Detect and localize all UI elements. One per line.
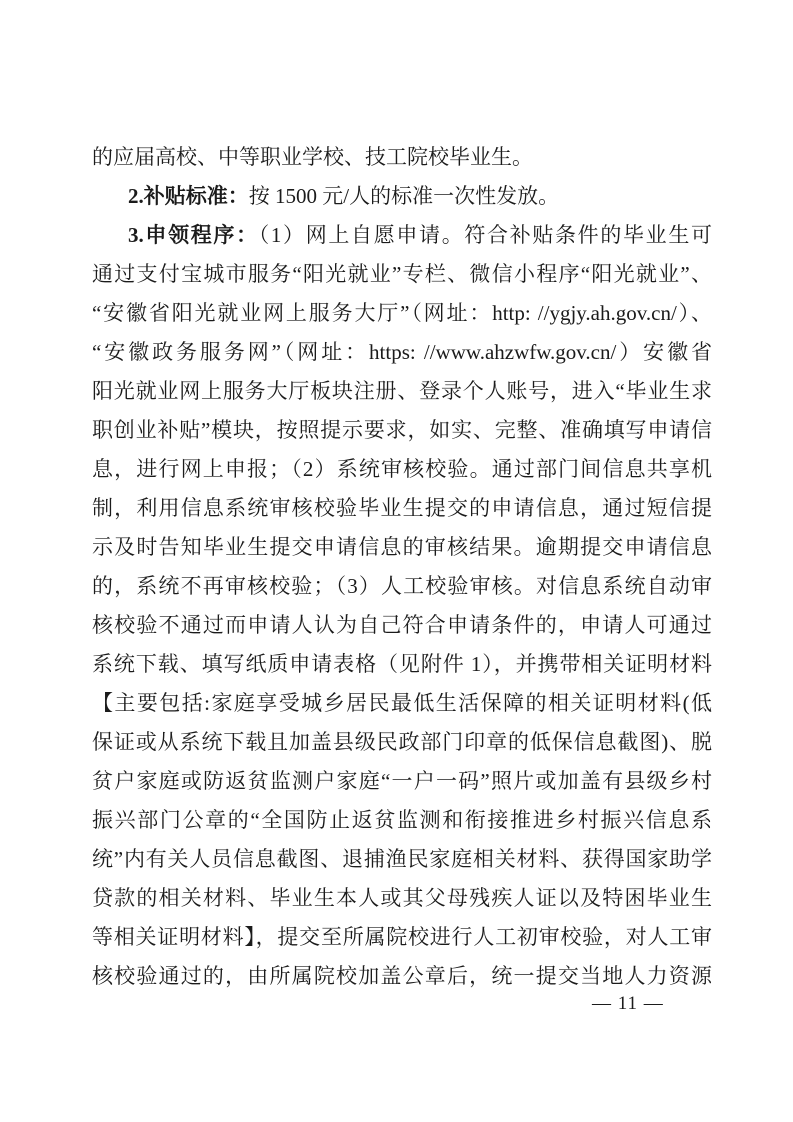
- application-procedure-label: 3.申领程序：: [128, 223, 259, 247]
- body-text-line: 示及时告知毕业生提交申请信息的审核结果。逾期提交申请信息: [92, 528, 712, 567]
- body-text-line: 制，利用信息系统审核校验毕业生提交的申请信息，通过短信提: [92, 489, 712, 528]
- body-text-line: 阳光就业网上服务大厅板块注册、登录个人账号，进入“毕业生求: [92, 372, 712, 411]
- document-page: 的应届高校、中等职业学校、技工院校毕业生。 2.补贴标准：按 1500 元/人的…: [0, 0, 793, 1122]
- body-text-line: “安徽政务服务网”（网址：https: //www.ahzwfw.gov.cn/…: [92, 333, 712, 372]
- body-text-line: 的，系统不再审核校验；（3）人工校验审核。对信息系统自动审: [92, 567, 712, 606]
- paragraph-subsidy-standard: 2.补贴标准：按 1500 元/人的标准一次性发放。: [92, 177, 712, 216]
- body-text-line: 保证或从系统下载且加盖县级民政部门印章的低保信息截图)、脱: [92, 723, 712, 762]
- body-text-line: 振兴部门公章的“全国防止返贫监测和衔接推进乡村振兴信息系: [92, 801, 712, 840]
- body-text-line: 核校验不通过而申请人认为自己符合申请条件的，申请人可通过: [92, 606, 712, 645]
- subsidy-standard-label: 2.补贴标准：: [128, 184, 249, 208]
- body-text-line: 职创业补贴”模块，按照提示要求，如实、完整、准确填写申请信: [92, 411, 712, 450]
- body-text-line: “安徽省阳光就业网上服务大厅”（网址：http: //ygjy.ah.gov.c…: [92, 294, 712, 333]
- body-text-line: 等相关证明材料】，提交至所属院校进行人工初审校验，对人工审: [92, 918, 712, 957]
- application-procedure-text: （1）网上自愿申请。符合补贴条件的毕业生可: [259, 223, 712, 247]
- paragraph-application-procedure: 3.申领程序：（1）网上自愿申请。符合补贴条件的毕业生可: [92, 216, 712, 255]
- body-text-line: 贫户家庭或防返贫监测户家庭“一户一码”照片或加盖有县级乡村: [92, 762, 712, 801]
- page-number: — 11 —: [592, 993, 682, 1015]
- body-text-line: 的应届高校、中等职业学校、技工院校毕业生。: [92, 138, 712, 177]
- document-body: 的应届高校、中等职业学校、技工院校毕业生。 2.补贴标准：按 1500 元/人的…: [92, 138, 712, 996]
- body-text-line: 通过支付宝城市服务“阳光就业”专栏、微信小程序“阳光就业”、: [92, 255, 712, 294]
- body-text-line: 【主要包括:家庭享受城乡居民最低生活保障的相关证明材料(低: [92, 684, 712, 723]
- body-text-line: 系统下载、填写纸质申请表格（见附件 1），并携带相关证明材料: [92, 645, 712, 684]
- body-text-line: 息，进行网上申报；（2）系统审核校验。通过部门间信息共享机: [92, 450, 712, 489]
- subsidy-standard-text: 按 1500 元/人的标准一次性发放。: [249, 184, 559, 208]
- body-text-line: 统”内有关人员信息截图、退捕渔民家庭相关材料、获得国家助学: [92, 840, 712, 879]
- body-text-line: 贷款的相关材料、毕业生本人或其父母残疾人证以及特困毕业生: [92, 879, 712, 918]
- body-text-line: 核校验通过的，由所属院校加盖公章后，统一提交当地人力资源: [92, 957, 712, 996]
